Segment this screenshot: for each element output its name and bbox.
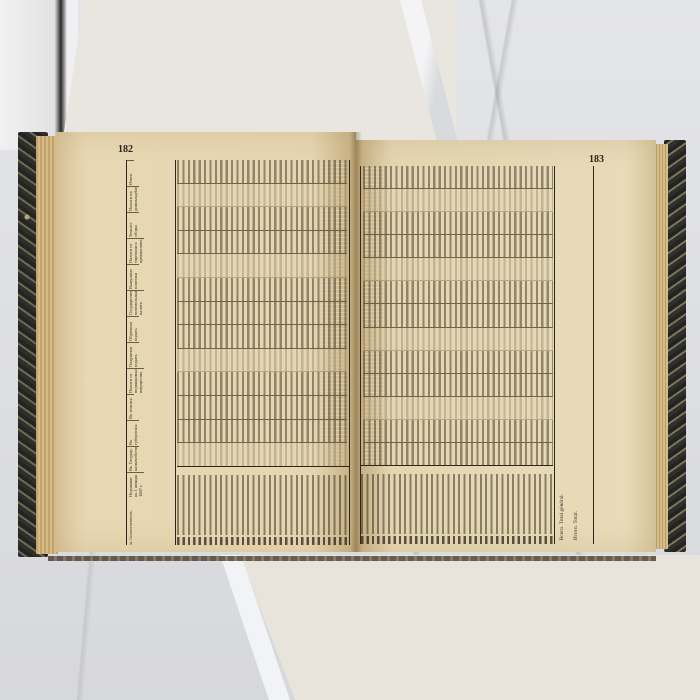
column-header: Въ земскія [127, 394, 134, 420]
data-column [177, 278, 347, 302]
data-column [363, 166, 553, 189]
data-column [177, 207, 347, 231]
data-column [177, 325, 347, 349]
data-column [363, 397, 553, 420]
stub-header: Губернія. Gouvernements. [127, 498, 134, 545]
statistical-table-right: Всего. Total général. Итого. Total. [360, 166, 598, 544]
column-header: Налоги съ недвижимыхъ имуществъ [127, 368, 144, 394]
column-header: Въ губернскія [127, 420, 139, 446]
page-edges-right [654, 144, 668, 549]
data-column [177, 231, 347, 255]
page-number-right: 183 [589, 154, 604, 165]
data-column [363, 351, 553, 374]
page-edges-left [36, 136, 58, 554]
column-headers: Итого Налоги на домовладѣнія Земскіе сбо… [127, 160, 176, 545]
row-numbers [177, 537, 349, 545]
data-column [177, 302, 347, 326]
province-names [361, 465, 553, 544]
column-header: Оброчная подать [127, 316, 139, 342]
column-header: Выкупные платежи [127, 264, 139, 290]
grand-total-column: Всего. Total général. Итого. Total. [554, 166, 593, 544]
data-column [363, 189, 553, 212]
data-column [177, 160, 347, 184]
data-column [363, 443, 553, 466]
book-bottom-edge [48, 556, 656, 561]
table-data [177, 160, 347, 467]
open-book: 182 XCI. Прямые налоги въ 1887 году, въ … [18, 132, 686, 557]
data-column [177, 349, 347, 373]
province-names [177, 466, 349, 545]
page-number-left: 182 [118, 144, 133, 155]
column-header: Налоги на домовладѣнія [127, 186, 139, 212]
column-header: Въ Государ. казначейство [127, 446, 139, 472]
column-header: Земскіе сборы [127, 212, 139, 238]
column-header: Налоги съ торговли и промысловъ [127, 238, 144, 264]
data-column [363, 420, 553, 443]
summary-label: Итого. Total. [573, 511, 579, 540]
data-column [363, 374, 553, 397]
column-header: Недоимки къ 1 января 1887 г. [127, 472, 144, 498]
data-column [363, 328, 553, 351]
right-page: 183 [356, 140, 656, 552]
column-header: Подушная подать [127, 342, 139, 368]
data-column [363, 258, 553, 281]
table-data [363, 166, 553, 466]
data-column [177, 372, 347, 396]
data-column [363, 212, 553, 235]
book-gutter [350, 132, 362, 552]
row-numbers [361, 536, 553, 544]
column-header: Итого [127, 160, 134, 186]
data-column [177, 396, 347, 420]
grand-total-label: Всего. Total général. [559, 494, 565, 540]
table-grid: Всего. Total général. Итого. Total. [360, 166, 594, 544]
data-column [363, 304, 553, 327]
statistical-table-left: XCI. Прямые налоги въ 1887 году, въ рубл… [118, 160, 350, 545]
data-column [177, 184, 347, 208]
data-column [363, 281, 553, 304]
data-column [177, 443, 347, 467]
table-grid: Итого Налоги на домовладѣнія Земскіе сбо… [126, 160, 350, 545]
data-column [177, 254, 347, 278]
left-page: 182 XCI. Прямые налоги въ 1887 году, въ … [56, 132, 356, 552]
column-header: Государственный поземельный налогъ [127, 290, 144, 316]
data-column [363, 235, 553, 258]
chair-seat [240, 555, 700, 700]
data-column [177, 420, 347, 444]
